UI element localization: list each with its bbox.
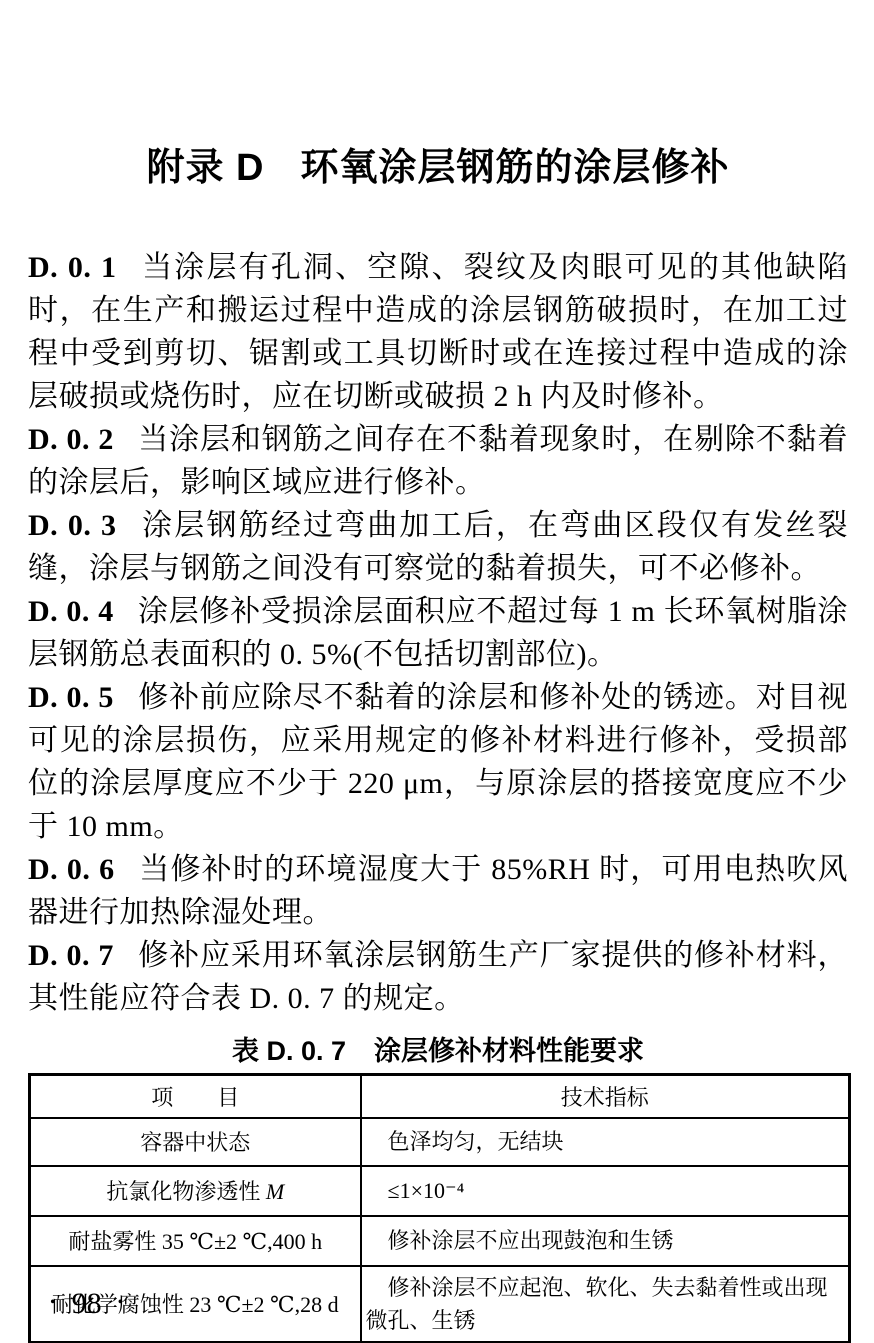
- clause-number: D. 0. 1: [28, 251, 116, 284]
- page-footer: •98•: [50, 1286, 123, 1321]
- footer-right-dot: •: [118, 1294, 124, 1311]
- table-row: 耐化学腐蚀性 23 ℃±2 ℃,28 d 修补涂层不应起泡、软化、失去黏着性或出…: [30, 1266, 850, 1343]
- clause-number: D. 0. 4: [28, 595, 114, 628]
- spec-cell: 修补涂层不应起泡、软化、失去黏着性或出现微孔、生锈: [361, 1266, 850, 1343]
- page-title: 附录 D环氧涂层钢筋的涂层修补: [28, 0, 848, 190]
- table-row: 抗氯化物渗透性 M ≤1×10⁻⁴: [30, 1166, 850, 1216]
- clause-text: 当涂层有孔洞、空隙、裂纹及肉眼可见的其他缺陷时，在生产和搬运过程中造成的涂层钢筋…: [28, 251, 848, 413]
- item-cell: 容器中状态: [30, 1118, 361, 1166]
- appendix-title-text: 环氧涂层钢筋的涂层修补: [301, 147, 730, 189]
- clause-text: 修补前应除尽不黏着的涂层和修补处的锈迹。对目视可见的涂层损伤，应采用规定的修补材…: [28, 681, 848, 843]
- item-cell: 耐盐雾性 35 ℃±2 ℃,400 h: [30, 1216, 361, 1266]
- clause-d02: D. 0. 2当涂层和钢筋之间存在不黏着现象时，在剔除不黏着的涂层后，影响区域应…: [28, 418, 848, 504]
- item-variable: M: [266, 1179, 284, 1204]
- table-caption-text: 涂层修补材料性能要求: [374, 1036, 644, 1066]
- performance-requirements-table: 项 目 技术指标 容器中状态 色泽均匀，无结块 抗氯化物渗透性 M ≤1×10⁻…: [28, 1073, 851, 1343]
- spec-cell: ≤1×10⁻⁴: [361, 1166, 850, 1216]
- clause-list: D. 0. 1当涂层有孔洞、空隙、裂纹及肉眼可见的其他缺陷时，在生产和搬运过程中…: [28, 246, 848, 1020]
- column-header-spec: 技术指标: [361, 1074, 850, 1118]
- clause-d06: D. 0. 6当修补时的环境湿度大于 85%RH 时，可用电热吹风器进行加热除湿…: [28, 848, 848, 934]
- table-caption: 表 D. 0. 7涂层修补材料性能要求: [28, 1035, 848, 1067]
- clause-number: D. 0. 5: [28, 681, 114, 714]
- clause-text: 当涂层和钢筋之间存在不黏着现象时，在剔除不黏着的涂层后，影响区域应进行修补。: [28, 423, 848, 499]
- clause-text: 涂层修补受损涂层面积应不超过每 1 m 长环氧树脂涂层钢筋总表面积的 0. 5%…: [28, 595, 848, 671]
- item-text: 抗氯化物渗透性: [106, 1179, 266, 1204]
- table-row: 耐盐雾性 35 ℃±2 ℃,400 h 修补涂层不应出现鼓泡和生锈: [30, 1216, 850, 1266]
- item-cell: 抗氯化物渗透性 M: [30, 1166, 361, 1216]
- appendix-label: 附录 D: [146, 147, 264, 189]
- clause-number: D. 0. 6: [28, 853, 115, 886]
- page-number: 98: [72, 1287, 102, 1320]
- clause-text: 当修补时的环境湿度大于 85%RH 时，可用电热吹风器进行加热除湿处理。: [28, 853, 848, 929]
- table-caption-number: 表 D. 0. 7: [232, 1036, 346, 1066]
- clause-text: 修补应采用环氧涂层钢筋生产厂家提供的修补材料，其性能应符合表 D. 0. 7 的…: [28, 939, 848, 1015]
- column-header-item: 项 目: [30, 1074, 361, 1118]
- spec-cell: 修补涂层不应出现鼓泡和生锈: [361, 1216, 850, 1266]
- table-row: 容器中状态 色泽均匀，无结块: [30, 1118, 850, 1166]
- spec-cell: 色泽均匀，无结块: [361, 1118, 850, 1166]
- clause-number: D. 0. 2: [28, 423, 114, 456]
- document-page: 附录 D环氧涂层钢筋的涂层修补 D. 0. 1当涂层有孔洞、空隙、裂纹及肉眼可见…: [0, 0, 874, 1343]
- clause-number: D. 0. 7: [28, 939, 114, 972]
- clause-number: D. 0. 3: [28, 509, 116, 542]
- clause-d07: D. 0. 7修补应采用环氧涂层钢筋生产厂家提供的修补材料，其性能应符合表 D.…: [28, 934, 848, 1020]
- clause-d01: D. 0. 1当涂层有孔洞、空隙、裂纹及肉眼可见的其他缺陷时，在生产和搬运过程中…: [28, 246, 848, 418]
- clause-d04: D. 0. 4涂层修补受损涂层面积应不超过每 1 m 长环氧树脂涂层钢筋总表面积…: [28, 590, 848, 676]
- table-header-row: 项 目 技术指标: [30, 1074, 850, 1118]
- footer-left-dot: •: [50, 1294, 56, 1311]
- clause-d05: D. 0. 5修补前应除尽不黏着的涂层和修补处的锈迹。对目视可见的涂层损伤，应采…: [28, 676, 848, 848]
- clause-text: 涂层钢筋经过弯曲加工后，在弯曲区段仅有发丝裂缝，涂层与钢筋之间没有可察觉的黏着损…: [28, 509, 848, 585]
- clause-d03: D. 0. 3涂层钢筋经过弯曲加工后，在弯曲区段仅有发丝裂缝，涂层与钢筋之间没有…: [28, 504, 848, 590]
